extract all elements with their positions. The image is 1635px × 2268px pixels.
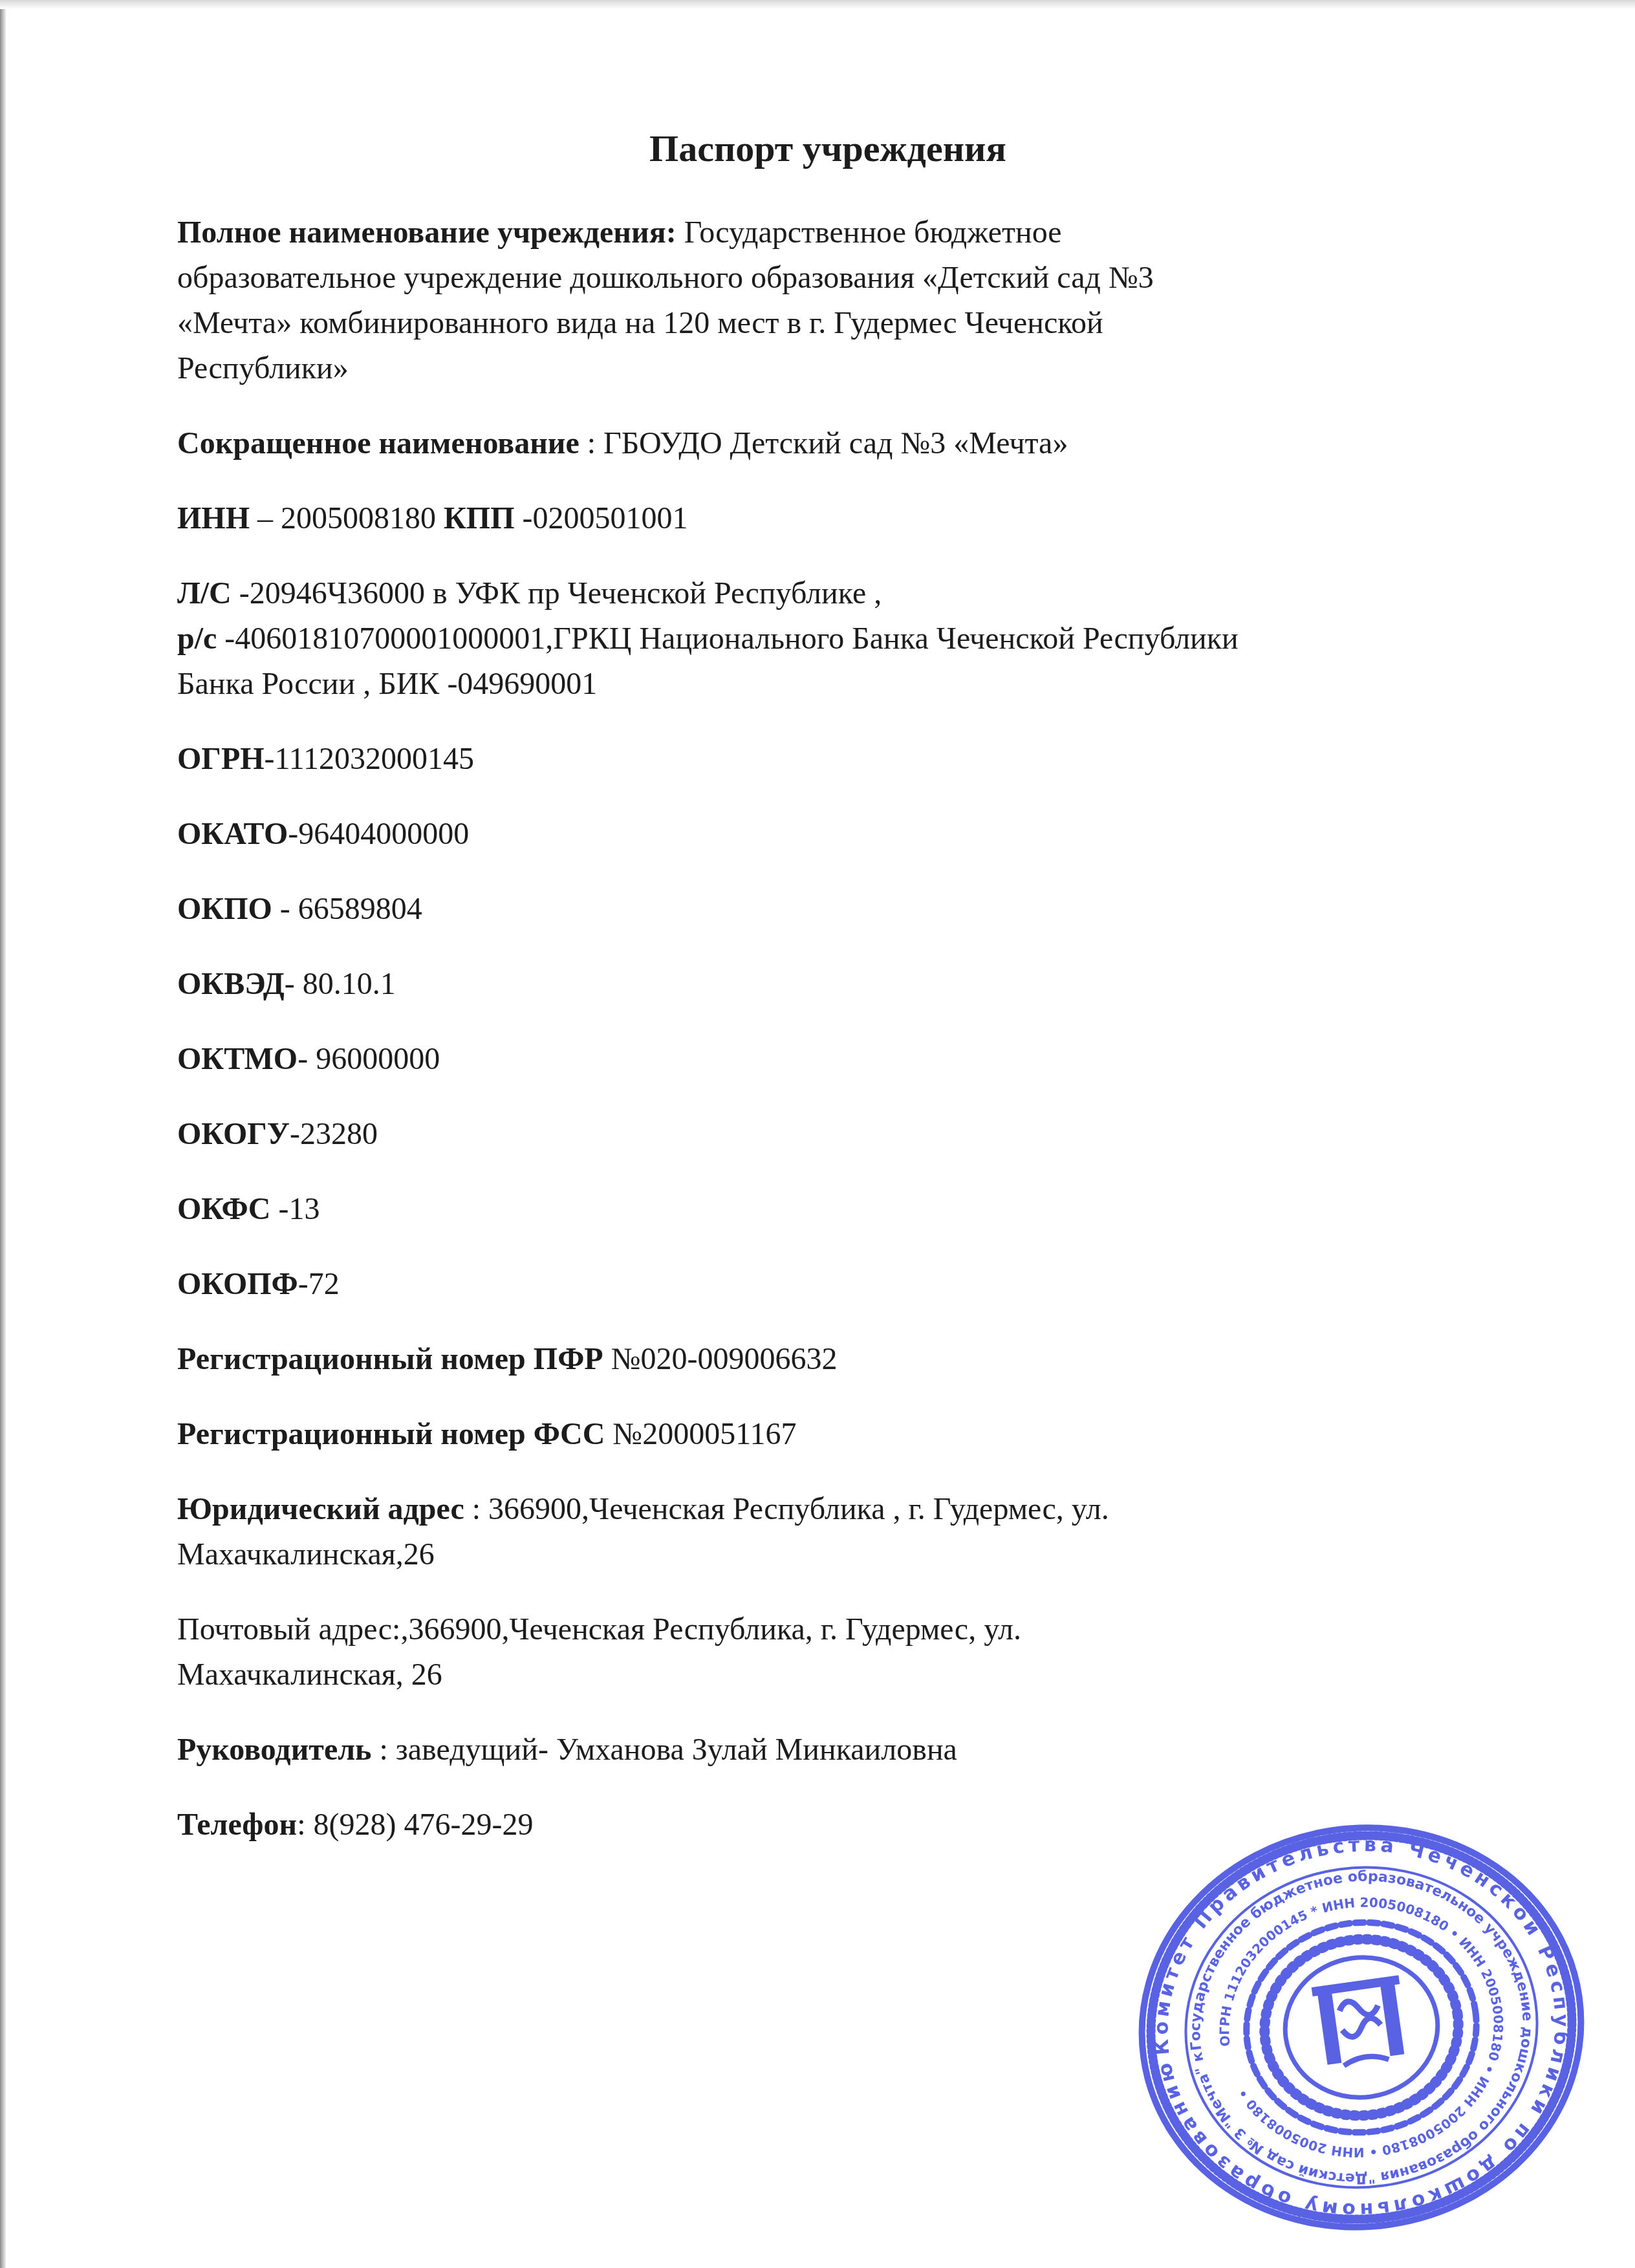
code-okogu: ОКОГУ-23280: [177, 1112, 1535, 1157]
fss-label: Регистрационный номер ФСС: [177, 1417, 605, 1451]
director-label: Руководитель: [177, 1733, 372, 1767]
kpp-value: -0200501001: [515, 501, 688, 535]
page-title: Паспорт учреждения: [0, 126, 1635, 171]
rs-value: -40601810700001000001,ГРКЦ Национального…: [217, 621, 1238, 656]
official-seal-stamp: Комитет Правительства Чеченской Республи…: [1102, 1790, 1621, 2265]
code-label: ОКВЭД: [177, 967, 285, 1001]
ls-value: -20946Ч36000 в УФК пр Чеченской Республи…: [232, 576, 882, 610]
director-value: : заведущий- Умханова Зулай Минкаиловна: [372, 1733, 957, 1767]
code-label: ОКАТО: [177, 817, 288, 851]
inn-kpp-field: ИНН – 2005008180 КПП -0200501001: [177, 496, 1535, 541]
inn-label: ИНН: [177, 501, 250, 535]
code-oktmo: ОКТМО- 96000000: [177, 1037, 1535, 1082]
phone-value: : 8(928) 476-29-29: [297, 1808, 533, 1842]
short-name-field: Сокращенное наименование : ГБОУДО Детски…: [177, 421, 1535, 466]
code-value: -72: [298, 1267, 340, 1301]
code-value: -13: [270, 1192, 319, 1226]
ls-label: Л/С: [177, 576, 232, 610]
code-value: -1112032000145: [265, 742, 474, 776]
short-name-label: Сокращенное наименование: [177, 426, 579, 460]
passport-body: Полное наименование учреждения: Государс…: [177, 210, 1535, 1877]
code-okato: ОКАТО-96404000000: [177, 812, 1535, 857]
rs-label: р/с: [177, 621, 217, 656]
code-value: -96404000000: [288, 817, 469, 851]
legal-address-label: Юридический адрес: [177, 1492, 464, 1526]
postal-address-line-1: Почтовый адрес:,366900,Чеченская Республ…: [177, 1607, 1535, 1652]
code-value: -23280: [290, 1117, 378, 1151]
code-value: - 66589804: [272, 892, 422, 926]
code-label: ОКПО: [177, 892, 272, 926]
code-label: ОКОГУ: [177, 1117, 290, 1151]
full-name-label: Полное наименование учреждения:: [177, 215, 677, 250]
bank-details-field: Л/С -20946Ч36000 в УФК пр Чеченской Респ…: [177, 571, 1535, 707]
full-name-value-line-2: образовательное учреждение дошкольного о…: [177, 255, 1535, 301]
inn-value: – 2005008180: [250, 501, 444, 535]
director-field: Руководитель : заведущий- Умханова Зулай…: [177, 1727, 1535, 1773]
legal-address-field: Юридический адрес : 366900,Чеченская Рес…: [177, 1487, 1535, 1577]
full-name-value-line-1: Государственное бюджетное: [677, 215, 1062, 250]
full-name-field: Полное наименование учреждения: Государс…: [177, 210, 1535, 391]
legal-address-line-2: Махачкалинская,26: [177, 1532, 1535, 1577]
postal-address-line-2: Махачкалинская, 26: [177, 1652, 1535, 1698]
code-value: - 80.10.1: [285, 967, 396, 1001]
legal-address-line-1: : 366900,Чеченская Республика , г. Гудер…: [464, 1492, 1109, 1526]
kpp-label: КПП: [444, 501, 514, 535]
postal-address-field: Почтовый адрес:,366900,Чеченская Республ…: [177, 1607, 1535, 1698]
fss-number-field: Регистрационный номер ФСС №2000051167: [177, 1412, 1535, 1457]
full-name-value-line-4: Республики»: [177, 346, 1535, 391]
code-okfs: ОКФС -13: [177, 1187, 1535, 1232]
phone-label: Телефон: [177, 1808, 297, 1842]
pfr-value: №020-009006632: [603, 1342, 838, 1376]
bank-bik-line: Банка России , БИК -049690001: [177, 662, 1535, 707]
pfr-label: Регистрационный номер ПФР: [177, 1342, 603, 1376]
code-okpo: ОКПО - 66589804: [177, 887, 1535, 932]
code-label: ОКФС: [177, 1192, 270, 1226]
code-label: ОКОПФ: [177, 1267, 298, 1301]
code-value: - 96000000: [298, 1042, 440, 1076]
code-label: ОКТМО: [177, 1042, 298, 1076]
pfr-number-field: Регистрационный номер ПФР №020-009006632: [177, 1337, 1535, 1382]
code-okved: ОКВЭД- 80.10.1: [177, 962, 1535, 1007]
short-name-value: : ГБОУДО Детский сад №3 «Мечта»: [579, 426, 1068, 460]
scan-edge: [0, 0, 6, 2268]
code-ogrn: ОГРН-1112032000145: [177, 737, 1535, 782]
full-name-value-line-3: «Мечта» комбинированного вида на 120 мес…: [177, 301, 1535, 346]
code-label: ОГРН: [177, 742, 265, 776]
scan-top-shadow: [0, 0, 1635, 9]
code-okopf: ОКОПФ-72: [177, 1262, 1535, 1307]
seal-icon: Комитет Правительства Чеченской Республи…: [1102, 1790, 1621, 2265]
fss-value: №2000051167: [605, 1417, 796, 1451]
